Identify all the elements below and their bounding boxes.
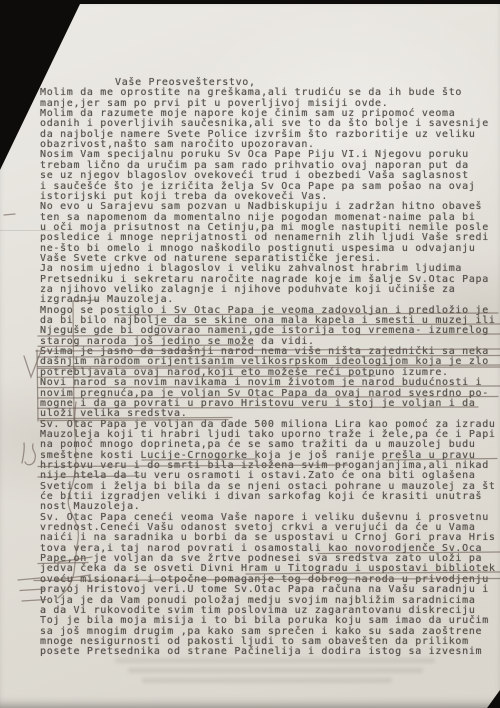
typed-text-layer: Vaše Preosvešterstvo,Molim da me oprosti… [0,0,500,708]
typed-line: posete Pretsednika od strane Pačinelija … [40,647,482,658]
scanned-letter-page: { "document": { "kind": "scanned typewri… [0,0,500,708]
